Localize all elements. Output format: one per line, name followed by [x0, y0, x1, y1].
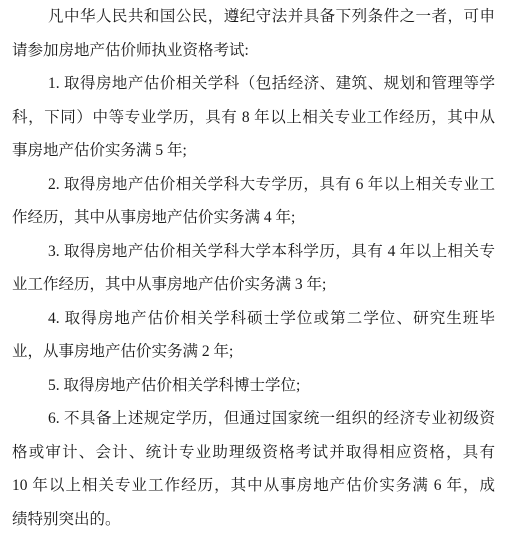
- text-line: 科，下同）中等专业学历，具有 8 年以上相关专业工作经历，其中从: [12, 101, 495, 135]
- text-line: 10 年以上相关专业工作经历，其中从事房地产估价实务满 6 年，成: [12, 469, 495, 503]
- document-page: 凡中华人民共和国公民，遵纪守法并具备下列条件之一者，可申 请参加房地产估价师执业…: [0, 0, 505, 536]
- text-line: 6. 不具备上述规定学历，但通过国家统一组织的经济专业初级资: [12, 402, 495, 436]
- text-line: 3. 取得房地产估价相关学科大学本科学历，具有 4 年以上相关专: [12, 235, 495, 269]
- text-line: 作经历，其中从事房地产估价实务满 4 年;: [12, 201, 495, 235]
- text-line: 业工作经历，其中从事房地产估价实务满 3 年;: [12, 268, 495, 302]
- text-line: 业，从事房地产估价实务满 2 年;: [12, 335, 495, 369]
- text-line: 格或审计、会计、统计专业助理级资格考试并取得相应资格，具有: [12, 436, 495, 470]
- text-line: 1. 取得房地产估价相关学科（包括经济、建筑、规划和管理等学: [12, 67, 495, 101]
- text-line: 绩特别突出的。: [12, 503, 495, 536]
- text-line: 凡中华人民共和国公民，遵纪守法并具备下列条件之一者，可申: [12, 0, 495, 34]
- text-line: 4. 取得房地产估价相关学科硕士学位或第二学位、研究生班毕: [12, 302, 495, 336]
- text-line: 5. 取得房地产估价相关学科博士学位;: [12, 369, 495, 403]
- text-line: 2. 取得房地产估价相关学科大专学历，具有 6 年以上相关专业工: [12, 168, 495, 202]
- text-line: 请参加房地产估价师执业资格考试:: [12, 34, 495, 68]
- text-line: 事房地产估价实务满 5 年;: [12, 134, 495, 168]
